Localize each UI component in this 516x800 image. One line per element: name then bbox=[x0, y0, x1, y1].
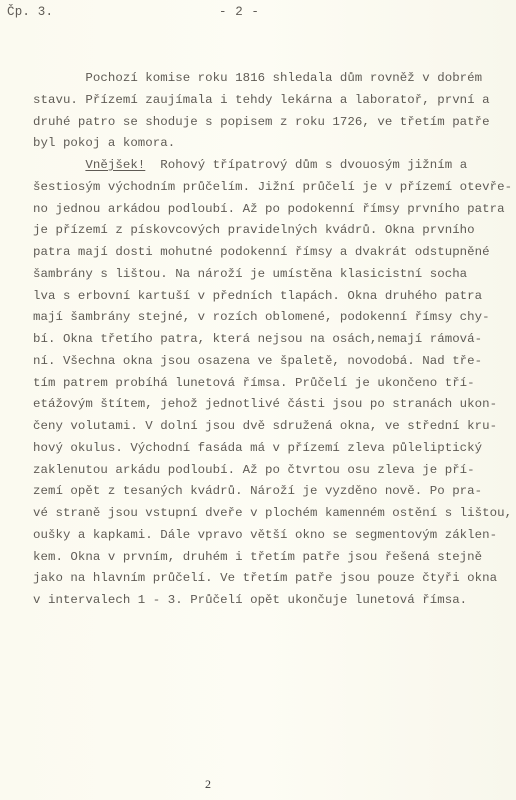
text-line: kem. Okna v prvním, druhém i třetím patř… bbox=[33, 547, 503, 569]
text-line: stavu. Přízemí zaujímala i tehdy lekárna… bbox=[33, 90, 503, 112]
document-page: Čp. 3. - 2 - Pochozí komise roku 1816 sh… bbox=[0, 0, 516, 800]
text-line: lva s erbovní kartuší v předních tlapách… bbox=[33, 286, 503, 308]
text-line: šestiosým východním průčelím. Jižní průč… bbox=[33, 177, 503, 199]
section-heading: Vnějšek! bbox=[85, 158, 145, 172]
page-marker: - 2 - bbox=[219, 5, 260, 19]
text-line: oušky a kapkami. Dále vpravo větší okno … bbox=[33, 525, 503, 547]
text-line: je přízemí z pískovcových pravidelných k… bbox=[33, 220, 503, 242]
text-line: zaklenutou arkádu podloubí. Až po čtvrto… bbox=[33, 460, 503, 482]
text-line: etážovým štítem, jehož jednotlivé části … bbox=[33, 394, 503, 416]
document-reference: Čp. 3. bbox=[7, 5, 53, 19]
text-line: tím patrem probíhá lunetová římsa. Průče… bbox=[33, 373, 503, 395]
text-line: zemí opět z tesaných kvádrů. Nároží je v… bbox=[33, 481, 503, 503]
text-line: bí. Okna třetího patra, která nejsou na … bbox=[33, 329, 503, 351]
text-line: čeny volutami. V dolní jsou dvě sdružená… bbox=[33, 416, 503, 438]
text-line: šambrány s lištou. Na nároží je umístěna… bbox=[33, 264, 503, 286]
text-line: mají šambrány stejné, v rozích oblomené,… bbox=[33, 307, 503, 329]
text-line: jako na hlavním průčelí. Ve třetím patře… bbox=[33, 568, 503, 590]
heading-line-rest: Rohový třípatrový dům s dvouosým jižním … bbox=[145, 158, 467, 172]
text-line: Pochozí komise roku 1816 shledala dům ro… bbox=[33, 68, 503, 90]
text-line: byl pokoj a komora. bbox=[33, 133, 503, 155]
body-text: Pochozí komise roku 1816 shledala dům ro… bbox=[33, 68, 503, 612]
line-indent bbox=[33, 158, 85, 172]
text-line: hový okulus. Východní fasáda má v přízem… bbox=[33, 438, 503, 460]
text-line: patra mají dosti mohutné podokenní římsy… bbox=[33, 242, 503, 264]
text-line: ní. Všechna okna jsou osazena ve špaletě… bbox=[33, 351, 503, 373]
text-line-heading: Vnějšek! Rohový třípatrový dům s dvouosý… bbox=[33, 155, 503, 177]
text-line: druhé patro se shoduje s popisem z roku … bbox=[33, 112, 503, 134]
footer-page-number: 2 bbox=[205, 777, 211, 792]
text-line: v intervalech 1 - 3. Průčelí opět ukonču… bbox=[33, 590, 503, 612]
text-line: vé straně jsou vstupní dveře v plochém k… bbox=[33, 503, 503, 525]
text-line: no jednou arkádou podloubí. Až po podoke… bbox=[33, 199, 503, 221]
